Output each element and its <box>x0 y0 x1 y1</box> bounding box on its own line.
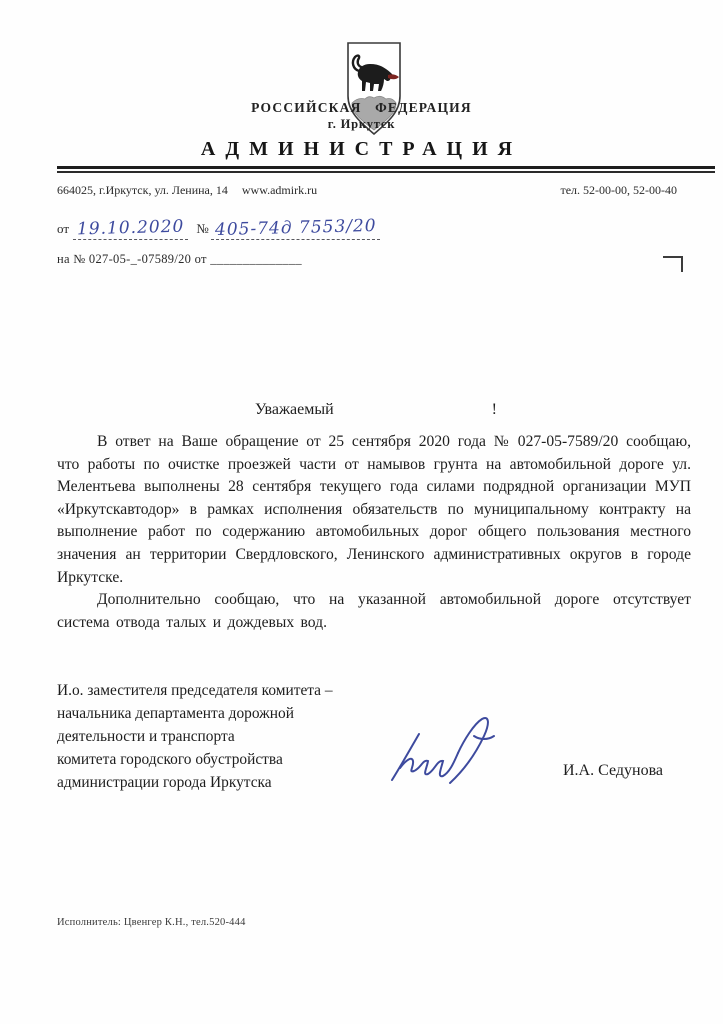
letter-body: В ответ на Ваше обращение от 25 сентября… <box>57 431 691 634</box>
executor-note: Исполнитель: Цвенгер К.Н., тел.520-444 <box>57 917 246 928</box>
body-paragraph: В ответ на Ваше обращение от 25 сентября… <box>57 431 691 589</box>
document-page: РОССИЙСКАЯ ФЕДЕРАЦИЯ г. Иркутск АДМИНИСТ… <box>0 0 723 1024</box>
handwritten-signature-icon <box>386 706 504 792</box>
website-text: www.admirk.ru <box>242 183 317 197</box>
signature-position-line: деятельности и транспорта <box>57 725 402 748</box>
address-line: 664025, г.Иркутск, ул. Ленина, 14www.adm… <box>57 183 331 198</box>
administration-title: АДМИНИСТРАЦИЯ <box>0 138 723 161</box>
exclamation-mark: ! <box>492 401 497 418</box>
city-name: г. Иркутск <box>0 117 723 132</box>
body-paragraph: Дополнительно сообщаю, что на указанной … <box>57 589 691 634</box>
incoming-reference-line: на № 027-05-_-07589/20 от ______________ <box>57 252 302 267</box>
signature-position-line: комитета городского обустройства <box>57 748 402 771</box>
outgoing-number-handwritten: 405-74д 7553/20 <box>215 216 377 240</box>
header-divider <box>57 166 715 173</box>
signature-position-line: администрации города Иркутска <box>57 771 402 794</box>
phones-text: тел. 52-00-00, 52-00-40 <box>560 183 677 198</box>
date-fill-in-underline: 19.10.2020 <box>73 218 188 240</box>
signature-position-line: И.о. заместителя председателя комитета – <box>57 679 402 702</box>
outgoing-reference-line: от19.10.2020№405-74д 7553/20 <box>57 218 380 240</box>
number-fill-in-underline: 405-74д 7553/20 <box>211 218 381 240</box>
outgoing-date-handwritten: 19.10.2020 <box>77 217 185 240</box>
number-sign-label: № <box>196 221 208 236</box>
postal-address: 664025, г.Иркутск, ул. Ленина, 14 <box>57 183 228 197</box>
signatory-name: И.А. Седунова <box>563 762 663 780</box>
from-label: от <box>57 221 69 236</box>
salutation-text: Уважаемый <box>255 401 334 418</box>
signature-position-line: начальника департамента дорожной <box>57 702 402 725</box>
greeting-line: Уважаемый! <box>255 401 497 419</box>
signatory-position-block: И.о. заместителя председателя комитета –… <box>57 679 402 794</box>
addressee-corner-mark <box>663 256 683 272</box>
contact-row: 664025, г.Иркутск, ул. Ленина, 14www.adm… <box>57 183 677 198</box>
country-name: РОССИЙСКАЯ ФЕДЕРАЦИЯ <box>0 100 723 116</box>
